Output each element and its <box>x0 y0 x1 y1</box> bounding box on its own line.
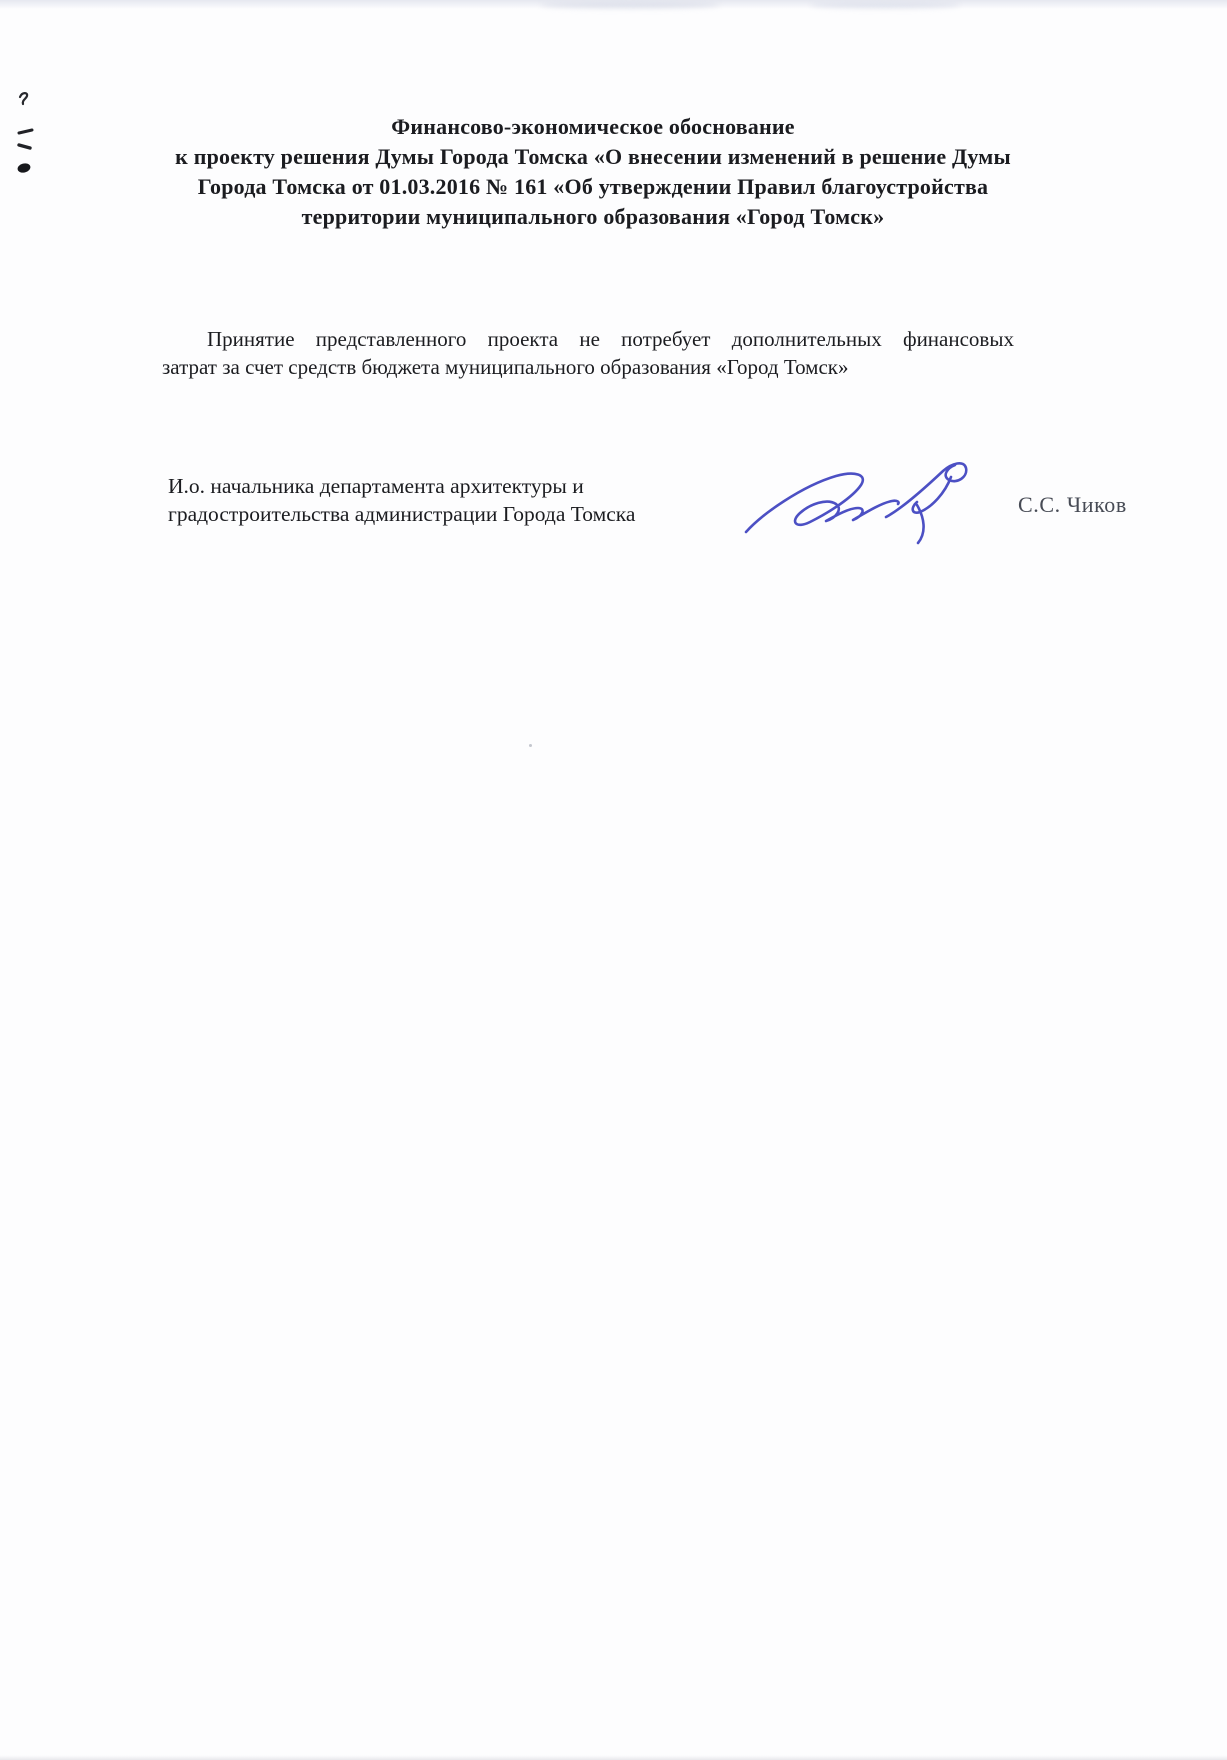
scan-smudge <box>540 1 720 8</box>
body-paragraph-line-1: Принятие представленного проекта не потр… <box>162 326 1024 354</box>
body-paragraph-line-2: затрат за счет средств бюджета муниципал… <box>162 354 1024 382</box>
title-line-4: территории муниципального образования «Г… <box>170 202 1016 232</box>
signee-name: С.С. Чиков <box>1018 492 1127 518</box>
signature-icon <box>740 450 992 550</box>
document-title: Финансово-экономическое обоснование к пр… <box>170 112 1016 232</box>
scan-smudge <box>810 1 960 8</box>
signatory-position-line-2: градостроительства администрации Города … <box>168 501 635 529</box>
title-line-3: Города Томска от 01.03.2016 № 161 «Об ут… <box>170 172 1016 202</box>
title-line-2: к проекту решения Думы Города Томска «О … <box>170 142 1016 172</box>
scan-ink-specks-icon <box>12 88 42 183</box>
body-paragraph: Принятие представленного проекта не потр… <box>162 326 1024 381</box>
scan-speck <box>529 744 532 747</box>
scanned-document-page: Финансово-экономическое обоснование к пр… <box>0 0 1227 1760</box>
title-line-1: Финансово-экономическое обоснование <box>170 112 1016 142</box>
signatory-position-line-1: И.о. начальника департамента архитектуры… <box>168 473 635 501</box>
signatory-position: И.о. начальника департамента архитектуры… <box>168 473 635 528</box>
scan-edge-bottom <box>0 1755 1227 1760</box>
